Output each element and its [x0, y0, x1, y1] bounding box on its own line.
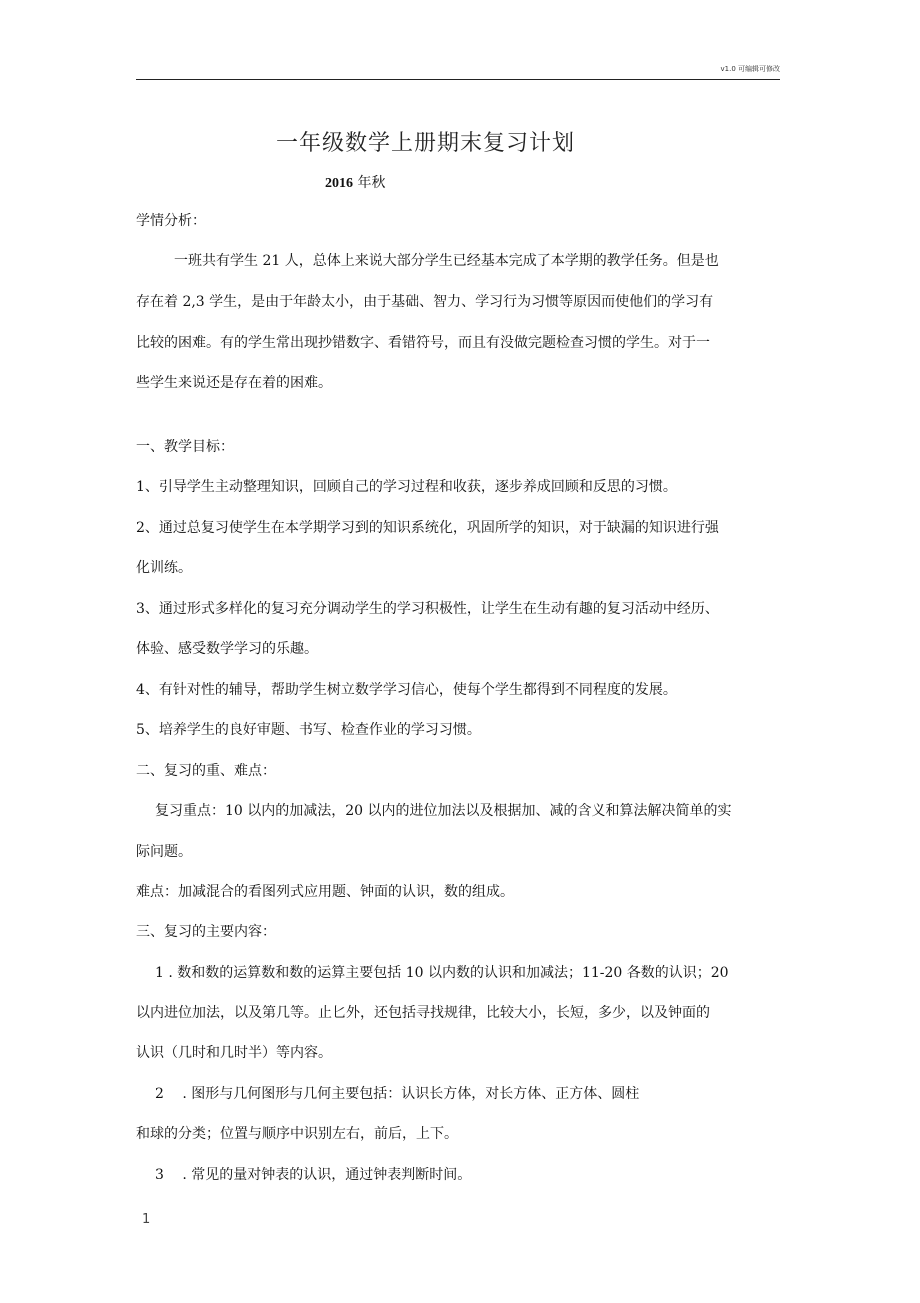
- goal-line: 2、通过总复习使学生在本学期学习到的知识系统化，巩固所学的知识，对于缺漏的知识进…: [136, 518, 719, 538]
- key-point-line: 复习重点：10 以内的加减法，20 以内的进位加法以及根据加、减的含义和算法解决…: [155, 801, 732, 821]
- content-line: 1 . 数和数的运算数和数的运算主要包括 10 以内数的认识和加减法；11-20…: [155, 963, 729, 983]
- content-line: 以内进位加法，以及第几等。止匕外，还包括寻找规律，比较大小，长短，多少，以及钟面…: [136, 1003, 710, 1023]
- key-point-line: 际问题。: [136, 842, 192, 862]
- section-heading-key-points: 二、复习的重、难点：: [136, 761, 276, 781]
- subtitle-season: 年秋: [353, 175, 385, 191]
- subtitle-year: 2016: [325, 176, 353, 191]
- content-line: 2 . 图形与几何图形与几何主要包括：认识长方体，对长方体、正方体、圆柱: [155, 1084, 639, 1104]
- content-line: 和球的分类；位置与顺序中识别左右，前后，上下。: [136, 1124, 458, 1144]
- goal-line: 1、引导学生主动整理知识，回顾自己的学习过程和收获，逐步养成回顾和反思的习惯。: [136, 477, 677, 497]
- document-subtitle: 2016 年秋: [325, 172, 385, 192]
- key-point-line: 难点：加减混合的看图列式应用题、钟面的认识，数的组成。: [136, 882, 514, 902]
- goal-line: 体验、感受数学学习的乐趣。: [136, 639, 318, 659]
- goal-line: 4、有针对性的辅导，帮助学生树立数学学习信心，使每个学生都得到不同程度的发展。: [136, 680, 677, 700]
- goal-line: 3、通过形式多样化的复习充分调动学生的学习积极性，让学生在生动有趣的复习活动中经…: [136, 599, 719, 619]
- content-line: 认识（几时和几时半）等内容。: [136, 1043, 332, 1063]
- goal-line: 5、培养学生的良好审题、书写、检查作业的学习习惯。: [136, 720, 481, 740]
- page-number: 1: [142, 1212, 150, 1227]
- document-title: 一年级数学上册期末复习计划: [276, 126, 575, 157]
- section-heading-content: 三、复习的主要内容：: [136, 922, 276, 942]
- paragraph-line: 些学生来说还是存在着的困难。: [136, 373, 332, 393]
- section-heading-goals: 一、教学目标：: [136, 437, 234, 457]
- goal-line: 化训练。: [136, 558, 192, 578]
- paragraph-line: 比较的困难。有的学生常出现抄错数字、看错符号，而且有没做完题检查习惯的学生。对于…: [136, 333, 710, 353]
- header-version-note: v1.0 可编辑可修改: [721, 64, 781, 74]
- paragraph-line: 一班共有学生 21 人，总体上来说大部分学生已经基本完成了本学期的教学任务。但是…: [174, 251, 719, 271]
- header-rule: [136, 79, 780, 80]
- content-line: 3 . 常见的量对钟表的认识，通过钟表判断时间。: [155, 1165, 471, 1185]
- section-heading-analysis: 学情分析：: [136, 211, 206, 231]
- paragraph-line: 存在着 2,3 学生，是由于年龄太小，由于基础、智力、学习行为习惯等原因而使他们…: [136, 292, 713, 312]
